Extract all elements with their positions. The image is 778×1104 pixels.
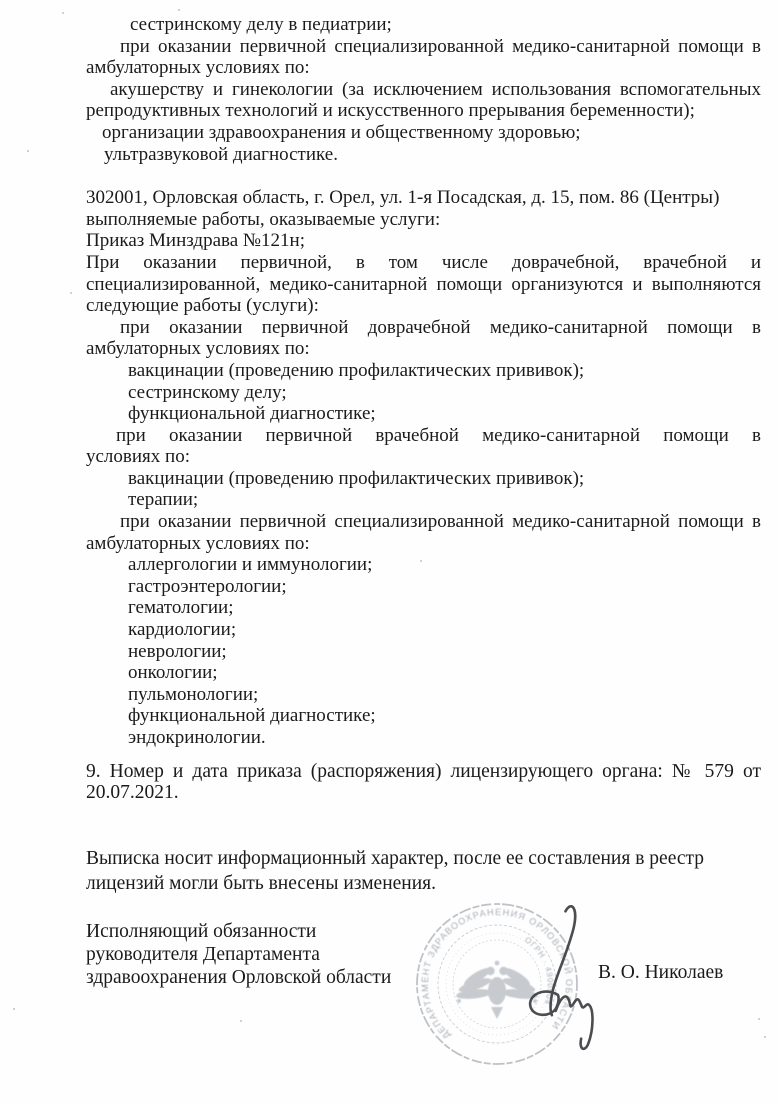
document-line: При оказании первичной, в том числе довр… bbox=[86, 252, 761, 274]
document-line: 9. Номер и дата приказа (распоряжения) л… bbox=[86, 761, 761, 783]
document-line: амбулаторных условиях по: bbox=[86, 338, 761, 360]
document-line: акушерству и гинекологии (за исключением… bbox=[86, 79, 761, 101]
document-line: 302001, Орловская область, г. Орел, ул. … bbox=[86, 187, 761, 209]
scan-speck bbox=[27, 150, 29, 152]
document-line: выполняемые работы, оказываемые услуги: bbox=[86, 209, 761, 231]
document-line: при оказании первичной врачебной медико-… bbox=[86, 425, 761, 447]
document-line: неврологии; bbox=[86, 641, 761, 663]
scan-speck bbox=[758, 1018, 760, 1020]
document-line: эндокринологии. bbox=[86, 727, 761, 749]
document-line: специализированной, медико-санитарной по… bbox=[86, 274, 761, 296]
document-line: лицензий могли быть внесены изменения. bbox=[86, 871, 761, 896]
document-line: репродуктивных технологий и искусственно… bbox=[86, 100, 761, 122]
scan-speck bbox=[240, 1020, 242, 1022]
scan-speck bbox=[764, 1036, 766, 1038]
document-line: онкологии; bbox=[86, 662, 761, 684]
scanned-document-page: сестринскому делу в педиатрии;при оказан… bbox=[0, 0, 778, 1104]
document-line: при оказании первичной специализированно… bbox=[86, 511, 761, 533]
scan-speck bbox=[13, 1008, 15, 1010]
document-line: амбулаторных условиях по: bbox=[86, 533, 761, 555]
document-line: при оказании первичной доврачебной медик… bbox=[86, 317, 761, 339]
document-line: функциональной диагностике; bbox=[86, 705, 761, 727]
document-line: условиях по: bbox=[86, 446, 761, 468]
document-line: функциональной диагностике; bbox=[86, 403, 761, 425]
document-line: при оказании первичной специализированно… bbox=[86, 36, 761, 58]
scan-speck bbox=[420, 560, 422, 562]
document-line: Выписка носит информационный характер, п… bbox=[86, 846, 761, 871]
document-line: пульмонологии; bbox=[86, 684, 761, 706]
document-line: ультразвуковой диагностике. bbox=[86, 144, 761, 166]
scan-speck bbox=[178, 9, 180, 11]
scan-speck bbox=[62, 12, 64, 14]
scan-speck bbox=[700, 432, 702, 434]
handwritten-signature bbox=[508, 896, 600, 1062]
document-line: амбулаторных условиях по: bbox=[86, 57, 761, 79]
document-line: вакцинации (проведению профилактических … bbox=[86, 468, 761, 490]
document-line: вакцинации (проведению профилактических … bbox=[86, 360, 761, 382]
document-line: сестринскому делу; bbox=[86, 382, 761, 404]
document-line: гематологии; bbox=[86, 597, 761, 619]
document-line: кардиологии; bbox=[86, 619, 761, 641]
document-body: сестринскому делу в педиатрии;при оказан… bbox=[86, 14, 761, 896]
document-line: следующие работы (услуги): bbox=[86, 295, 761, 317]
document-line: Приказ Минздрава №121н; bbox=[86, 230, 761, 252]
document-line: сестринскому делу в педиатрии; bbox=[86, 14, 761, 36]
document-line: организации здравоохранения и общественн… bbox=[86, 122, 761, 144]
document-line: гастроэнтерологии; bbox=[86, 576, 761, 598]
document-line: 20.07.2021. bbox=[86, 782, 761, 804]
document-line: аллергологии и иммунологии; bbox=[86, 554, 761, 576]
scan-speck bbox=[70, 292, 72, 294]
signer-name: В. О. Николаев bbox=[598, 962, 723, 984]
document-line: терапии; bbox=[86, 489, 761, 511]
